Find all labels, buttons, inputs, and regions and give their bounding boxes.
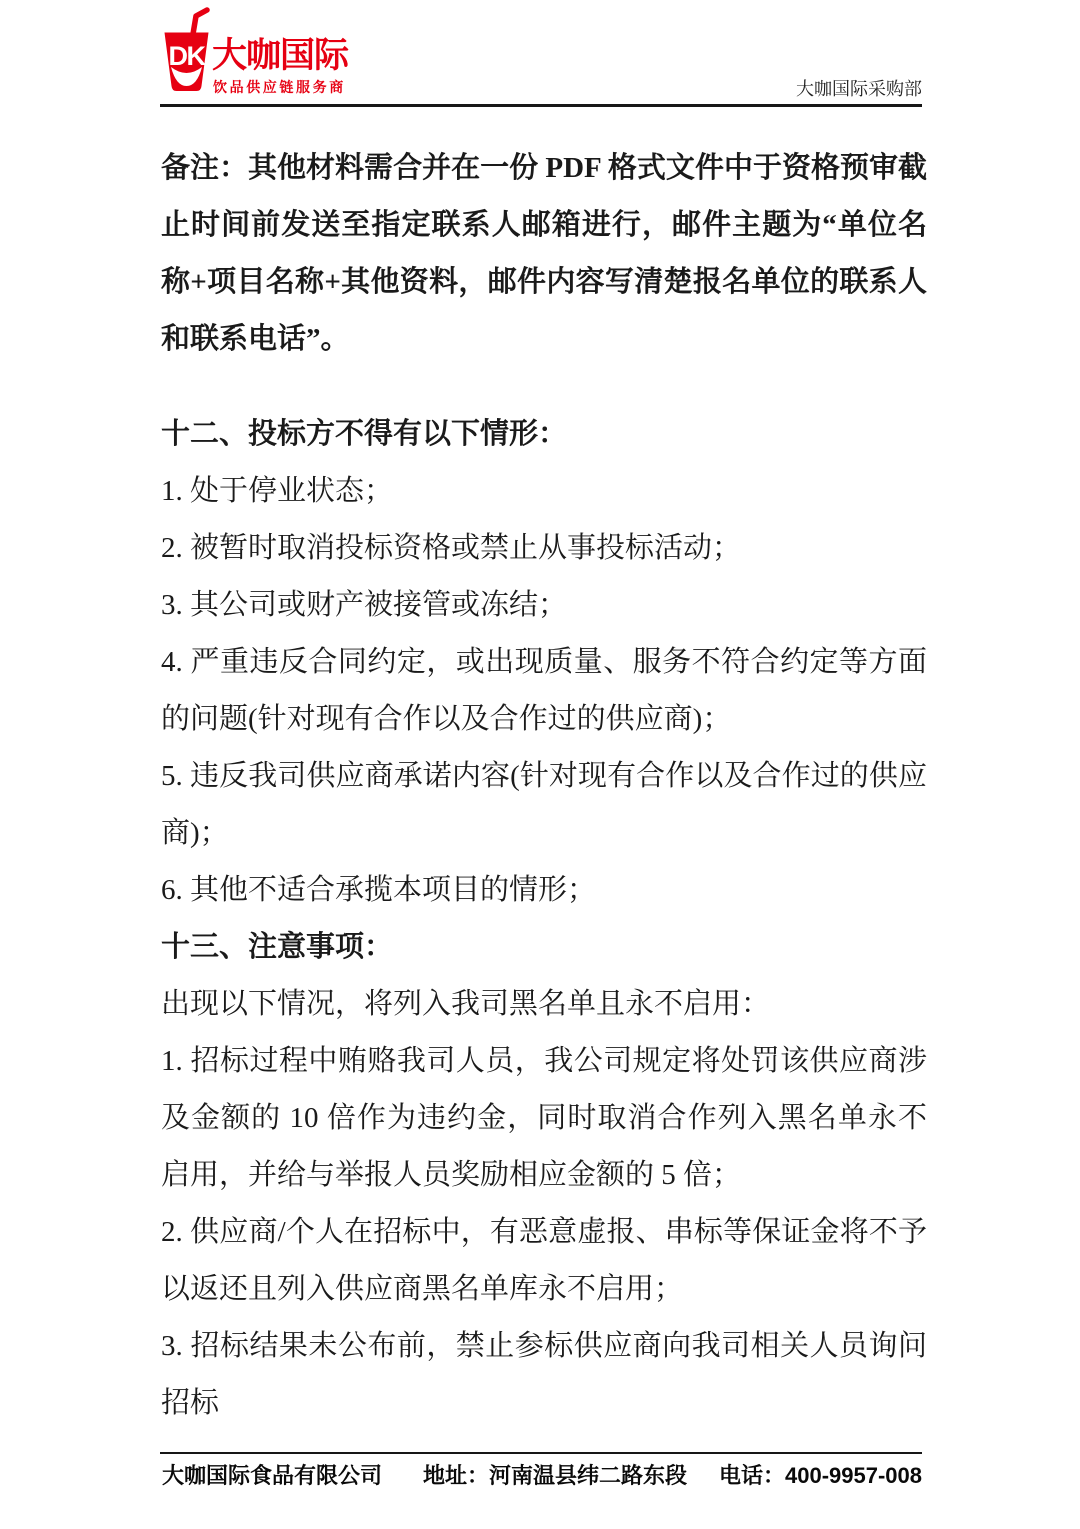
body-paragraph: 3. 其公司或财产被接管或冻结； xyxy=(161,577,927,634)
brand-tagline: 饮品供应链服务商 xyxy=(213,77,346,97)
brand-name: 大咖国际 xyxy=(212,37,348,75)
paragraph-gap xyxy=(161,368,927,406)
body-paragraph: 5. 违反我司供应商承诺内容(针对现有合作以及合作过的供应商)； xyxy=(161,748,927,862)
footer-divider xyxy=(160,1452,922,1454)
body-paragraph: 1. 招标过程中贿赂我司人员，我公司规定将处罚该供应商涉及金额的 10 倍作为违… xyxy=(161,1033,927,1204)
drink-cup-icon: DK xyxy=(163,4,210,97)
body-text: 备注：其他材料需合并在一份 PDF 格式文件中于资格预审截止时间前发送至指定联系… xyxy=(161,140,927,1432)
body-paragraph: 出现以下情况，将列入我司黑名单且永不启用： xyxy=(161,976,927,1033)
body-paragraph: 2. 供应商/个人在招标中，有恶意虚报、串标等保证金将不予以返还且列入供应商黑名… xyxy=(161,1204,927,1318)
body-paragraph: 6. 其他不适合承揽本项目的情形； xyxy=(161,862,927,919)
body-paragraph: 3. 招标结果未公布前，禁止参标供应商向我司相关人员询问招标 xyxy=(161,1318,927,1432)
footer-address: 地址：河南温县纬二路东段 xyxy=(423,1459,687,1490)
header-divider xyxy=(160,104,922,107)
body-paragraph: 4. 严重违反合同约定，或出现质量、服务不符合约定等方面的问题(针对现有合作以及… xyxy=(161,634,927,748)
section-heading: 十二、投标方不得有以下情形： xyxy=(161,406,927,463)
body-paragraph: 备注：其他材料需合并在一份 PDF 格式文件中于资格预审截止时间前发送至指定联系… xyxy=(161,140,927,368)
logo-monogram: DK xyxy=(169,41,207,71)
section-heading: 十三、注意事项： xyxy=(161,919,927,976)
footer-phone: 电话：400-9957-008 xyxy=(719,1459,922,1490)
footer-company: 大咖国际食品有限公司 xyxy=(162,1459,382,1490)
document-page: DK 大咖国际 饮品供应链服务商 大咖国际采购部 备注：其他材料需合并在一份 P… xyxy=(0,0,1080,1529)
body-paragraph: 1. 处于停业状态； xyxy=(161,463,927,520)
body-paragraph: 2. 被暂时取消投标资格或禁止从事投标活动； xyxy=(161,520,927,577)
header-department-label: 大咖国际采购部 xyxy=(796,75,922,101)
